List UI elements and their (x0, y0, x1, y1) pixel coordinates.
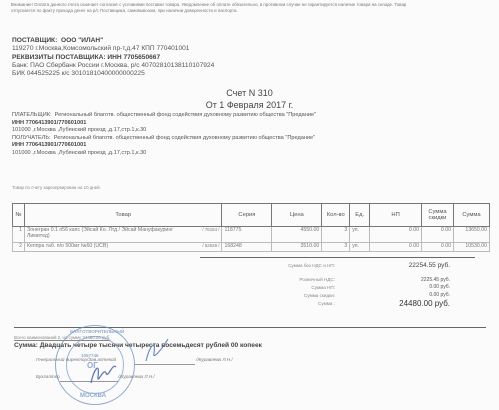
supplier-name: ООО "ИЛАН" (61, 37, 103, 44)
cell-series: 118775 (222, 227, 272, 243)
total-without-vat: 22254.55 руб. (409, 262, 450, 269)
parties-block: ПЛАТЕЛЬЩИК: Региональный благотв. общест… (12, 112, 316, 158)
cell-qty: 3 (322, 227, 350, 243)
stamp-top-text: БЛАГОТВОРИТЕЛЬНЫЙ (70, 329, 124, 334)
director-name: /Журавлева Л.Н./ (196, 357, 233, 362)
supplier-bank: Банк: ПАО Сбербанк России г.Москва, р/с … (12, 62, 214, 70)
cell-np: 0.00 (370, 243, 422, 252)
cell-sum: 13650.00 (453, 227, 489, 243)
totals-block: Сумма без НДС и НП:22254.55 руб. Розничн… (240, 262, 450, 307)
product-code: / 52629 / (202, 243, 219, 248)
recipient-label: ПОЛУЧАТЕЛЬ: (12, 135, 51, 141)
sum-label: Сумма : (240, 301, 335, 306)
cell-qty: 3 (322, 243, 350, 252)
col-num: № (13, 204, 25, 227)
amount-in-words: Сумма: Двадцать четыре тысячи четыреста … (14, 342, 262, 349)
col-sum: Сумма (453, 204, 489, 227)
recipient-inn: ИНН 7706413901/770601001 (12, 142, 316, 150)
accountant-signature-icon (88, 357, 118, 387)
cell-unit: уп. (350, 243, 370, 252)
product-code: / 76154 / (202, 227, 219, 232)
cell-unit: уп. (350, 227, 370, 243)
np-value: 0.00 руб. (429, 284, 450, 290)
supplier-block: ПОСТАВЩИК: ООО "ИЛАН" 119270 г.Москва,Ко… (12, 37, 214, 78)
cell-num: 2 (13, 243, 25, 252)
cell-price: 3510.00 (272, 243, 322, 252)
cell-product: Зонегран 0.1 п56 капс (Эйсай Ко. Лтд / Э… (24, 227, 222, 243)
payment-notice: Внимание! Оплата данного счета означает … (11, 2, 411, 14)
cell-price: 4550.00 (272, 227, 322, 243)
director-signature-icon (142, 335, 172, 365)
col-unit: Ед. (350, 204, 370, 227)
total-without-vat-label: Сумма без НДС и НП: (240, 263, 335, 268)
vat-label: Розничный НДС: (240, 277, 335, 282)
supplier-bik: БИК 044525225 к/с 30101810400000000225 (12, 70, 214, 78)
col-product: Товар (24, 204, 222, 227)
table-row: 1 Зонегран 0.1 п56 капс (Эйсай Ко. Лтд /… (13, 227, 490, 243)
table-row: 2 Кеппра таб. п/о 500мг №60 (UCB) / 5262… (13, 243, 490, 252)
col-discount: Сумма скидки (422, 204, 454, 227)
cell-sum: 10530.00 (453, 243, 489, 252)
col-np: НП (370, 204, 422, 227)
items-table: № Товар Серия Цена Кол-во Ед. НП Сумма с… (12, 203, 490, 252)
col-series: Серия (222, 204, 272, 227)
payer-address: 101000 ,г.Москва ,Лубянский проезд ,д.17… (12, 127, 316, 135)
cell-discount: 0.00 (422, 243, 454, 252)
payer-name: Региональный благотв. общественный фонд … (55, 112, 316, 118)
supplier-address: 119270 г.Москва,Комсомольский пр-т,д.47 … (12, 45, 214, 53)
invoice-header: Счет N 310 От 1 Февраля 2017 г. (0, 87, 499, 111)
invoice-date: От 1 Февраля 2017 г. (0, 99, 499, 111)
col-price: Цена (272, 204, 322, 227)
product-name: Зонегран 0.1 п56 капс (Эйсай Ко. Лтд / Э… (27, 227, 173, 239)
recipient-address: 101000 ,г.Москва ,Лубянский проезд ,д.17… (12, 150, 316, 158)
cell-num: 1 (13, 227, 25, 243)
supplier-label: ПОСТАВЩИК: (12, 37, 57, 44)
recipient-name: Региональный благотв. общественный фонд … (54, 135, 315, 141)
table-header-row: № Товар Серия Цена Кол-во Ед. НП Сумма с… (13, 204, 490, 227)
np-label: Сумма НП: (240, 285, 335, 290)
sum-value: 24480.00 руб. (399, 299, 450, 308)
discount-label: Сумма скидки: (240, 293, 335, 298)
cell-np: 0.00 (370, 227, 422, 243)
payer-label: ПЛАТЕЛЬЩИК: (12, 112, 52, 118)
cell-series: 168248 (222, 243, 272, 252)
reserve-note: Товар по счету зарезервирован на 10 дней… (12, 185, 101, 190)
cell-product: Кеппра таб. п/о 500мг №60 (UCB) / 52629 … (24, 243, 222, 252)
cell-discount: 0.00 (422, 227, 454, 243)
vat-value: 2225.45 руб. (421, 277, 450, 283)
discount-value: 0.00 руб. (429, 292, 450, 298)
col-qty: Кол-во (322, 204, 350, 227)
product-name: Кеппра таб. п/о 500мг №60 (UCB) (27, 243, 108, 249)
stamp-bottom-text: МОСКВА (80, 393, 106, 399)
divider-top-totals (200, 257, 475, 258)
invoice-title: Счет N 310 (0, 87, 499, 99)
supplier-requisites: РЕКВИЗИТЫ ПОСТАВЩИКА: ИНН 7705650667 (12, 54, 214, 62)
